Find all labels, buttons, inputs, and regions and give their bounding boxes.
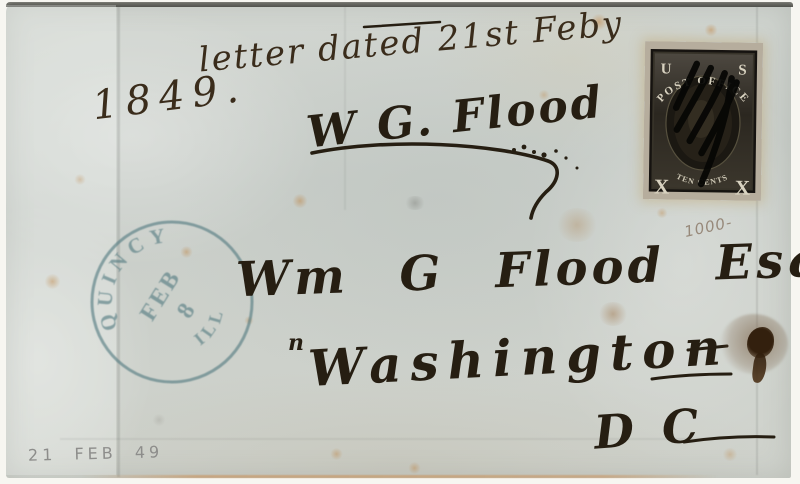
- postmark-month: FEB: [135, 265, 187, 326]
- stamp-x-left: X: [654, 174, 670, 198]
- address-line-3: D C: [592, 398, 700, 459]
- stamp-letter-u: U: [661, 61, 672, 77]
- postage-stamp: U S POST OFFICE X X TEN CENTS: [643, 41, 763, 201]
- envelope-bottom-edge: [82, 475, 718, 478]
- postmark-state: ILL: [187, 299, 233, 352]
- pencil-date-note: 21 FEB 49: [28, 442, 164, 465]
- cover-photograph: QUINCY FEB 8 ILL letter dated 21st Feby …: [0, 0, 800, 484]
- postmark-day: 8: [172, 299, 200, 323]
- stamp-x-right: X: [735, 175, 751, 199]
- envelope-top-edge: [6, 2, 793, 7]
- stamp-letter-s: S: [738, 62, 747, 78]
- address-line-2-prefix: n: [288, 330, 304, 356]
